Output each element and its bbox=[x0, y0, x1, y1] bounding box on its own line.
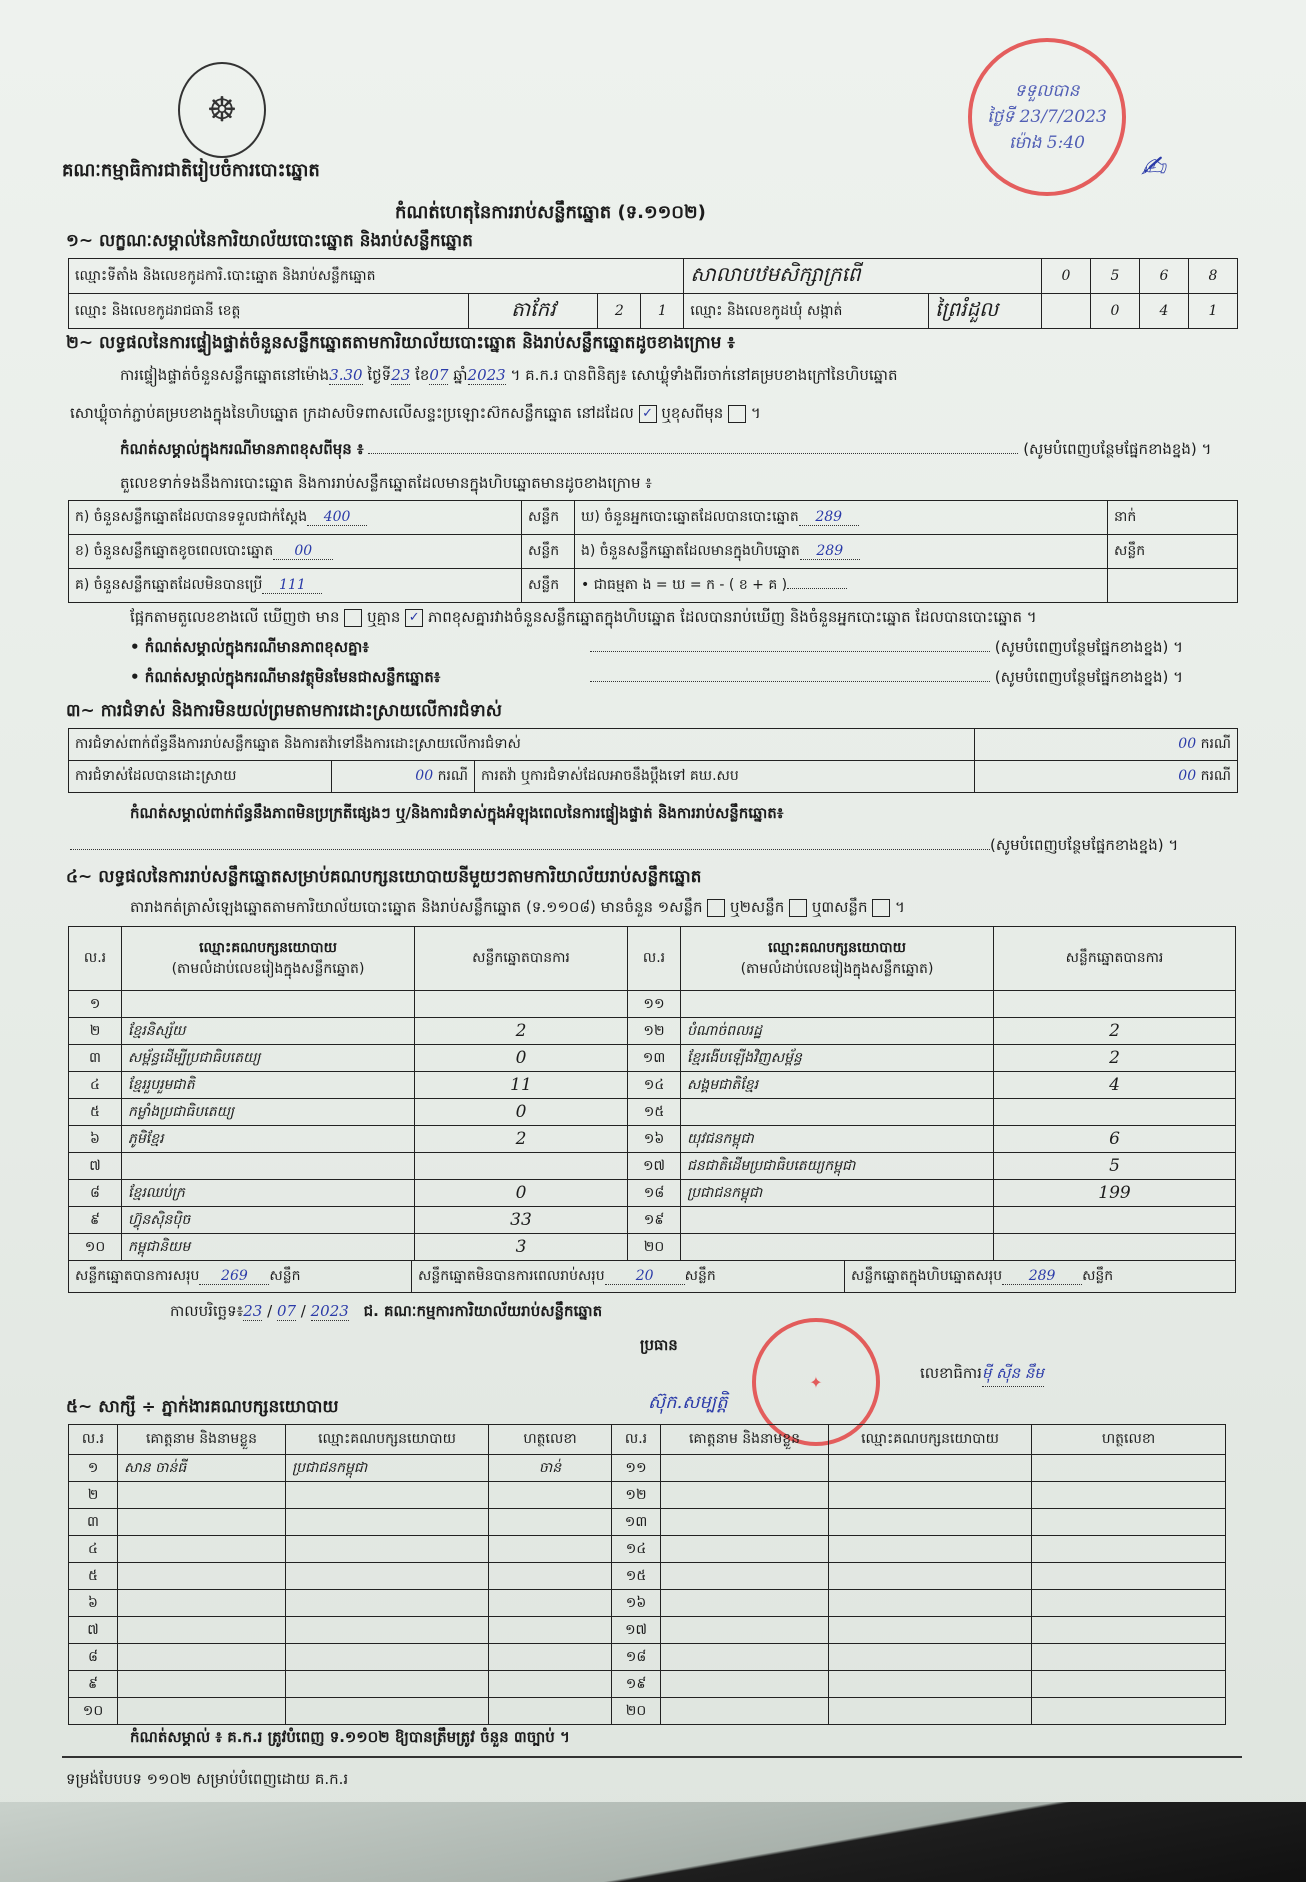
different-checkbox[interactable] bbox=[728, 405, 746, 423]
witness-name bbox=[661, 1536, 829, 1563]
row-no: ១៧ bbox=[612, 1617, 661, 1644]
difference-check-line: ផ្អែកតាមតួលេខខាងលើ ឃើញថា មាន ឬគ្មាន ✓ ភា… bbox=[130, 608, 1037, 630]
row-no: ៩ bbox=[69, 1671, 118, 1698]
witness-signature bbox=[1032, 1698, 1226, 1725]
witness-row: ៩ ១៩ bbox=[69, 1671, 1226, 1698]
witness-signature bbox=[489, 1482, 612, 1509]
witness-party bbox=[829, 1482, 1032, 1509]
text: កំណត់សម្គាល់ក្នុងករណីមានភាពខុសពីមុន ៖ bbox=[120, 440, 364, 458]
witness-party: ប្រជាជនកម្ពុជា bbox=[286, 1455, 489, 1482]
row-no: ១ bbox=[69, 1455, 118, 1482]
party-name bbox=[122, 991, 415, 1018]
figure-right: • ជាធម្មតា ង = ឃ = ក - ( ខ + គ ) bbox=[575, 569, 1108, 603]
row-no: ១៣ bbox=[612, 1509, 661, 1536]
figure-value: 111 bbox=[262, 577, 322, 594]
text: ឃ) ចំនួនអ្នកបោះឆ្នោតដែលបានបោះឆ្នោត bbox=[581, 509, 799, 525]
text: ករណី bbox=[1201, 736, 1231, 752]
witness-name bbox=[118, 1509, 286, 1536]
text: ភាពខុសគ្នារវាងចំនួនសន្លឹកឆ្នោតក្នុងហិបឆ្… bbox=[428, 608, 1037, 626]
col-name: គោត្តនាម និងនាមខ្លួន bbox=[661, 1425, 829, 1455]
figure-value: 400 bbox=[307, 509, 367, 526]
bullet-foreign-object: • កំណត់សម្គាល់ក្នុងករណីមានវត្ថុមិនមែនជាស… bbox=[130, 668, 440, 690]
party-name: ហ៊្វុនស៊ិនប៉ិច bbox=[122, 1207, 415, 1234]
witness-row: ៨ ១៨ bbox=[69, 1644, 1226, 1671]
figure-value: 00 bbox=[273, 543, 333, 560]
has-difference-checkbox[interactable] bbox=[344, 609, 362, 627]
party-votes: 2 bbox=[415, 1018, 628, 1045]
party-votes: 2 bbox=[994, 1018, 1236, 1045]
figure-right: ឃ) ចំនួនអ្នកបោះឆ្នោតដែលបានបោះឆ្នោត289 bbox=[575, 501, 1108, 535]
date-year: 2023 bbox=[311, 1302, 349, 1321]
verify-day: 23 bbox=[391, 366, 410, 385]
text: ករណី bbox=[438, 768, 468, 784]
province-code-digit: 2 bbox=[598, 294, 641, 329]
witness-row: ៦ ១៦ bbox=[69, 1590, 1226, 1617]
text: (សូមបំពេញបន្ថែមផ្នែកខាងខ្នង) ។ bbox=[995, 668, 1183, 686]
no-difference-checkbox[interactable]: ✓ bbox=[405, 609, 423, 627]
witness-signature bbox=[1032, 1455, 1226, 1482]
witness-signature bbox=[489, 1509, 612, 1536]
witness-name bbox=[661, 1671, 829, 1698]
party-row: ៧ ១៧ ជនជាតិដើមប្រជាធិបតេយ្យកម្ពុជា 5 bbox=[69, 1153, 1236, 1180]
party-votes: 6 bbox=[994, 1126, 1236, 1153]
party-votes bbox=[415, 991, 628, 1018]
party-row: ៣ សម្ព័ន្ធដើម្បីប្រជាធិបតេយ្យ 0 ១៣ ខ្មែរ… bbox=[69, 1045, 1236, 1072]
party-votes: 3 bbox=[415, 1234, 628, 1261]
unit: នាក់ bbox=[1108, 501, 1238, 535]
row-no: ១ bbox=[69, 991, 122, 1018]
president-label: ប្រធាន bbox=[640, 1336, 678, 1358]
text: ឈ្មោះគណបក្សនយោបាយ bbox=[687, 938, 987, 959]
witness-name bbox=[118, 1563, 286, 1590]
witness-party bbox=[829, 1455, 1032, 1482]
witness-signature bbox=[1032, 1563, 1226, 1590]
witness-table: ល.រ គោត្តនាម និងនាមខ្លួន ឈ្មោះគណបក្សនយោប… bbox=[68, 1424, 1226, 1725]
date-month: 07 bbox=[277, 1302, 296, 1321]
row-no: ៩ bbox=[69, 1207, 122, 1234]
irregularity-note: កំណត់សម្គាល់ពាក់ព័ន្ធនឹងភាពមិនប្រក្រតីផ្… bbox=[130, 804, 783, 826]
party-name: ភូមិខ្មែរ bbox=[122, 1126, 415, 1153]
witness-row: ១០ ២០ bbox=[69, 1698, 1226, 1725]
row-no: ៥ bbox=[69, 1099, 122, 1126]
table-intro: តួលេខទាក់ទងនឹងការបោះឆ្នោត និងការរាប់សន្ល… bbox=[120, 474, 652, 496]
party-name: ខ្មែរឈប់ក្រ bbox=[122, 1180, 415, 1207]
witness-name bbox=[661, 1617, 829, 1644]
witness-signature bbox=[1032, 1482, 1226, 1509]
text: ឈ្មោះគណបក្សនយោបាយ bbox=[128, 938, 408, 959]
text: • ជាធម្មតា ង = ឃ = ក - ( ខ + គ ) bbox=[581, 577, 787, 593]
total-valid: 269 bbox=[199, 1268, 269, 1285]
tally-sheet-line: តារាងកត់ត្រាសំឡេងឆ្នោតតាមការិយាល័យបោះឆ្ន… bbox=[130, 898, 905, 920]
text: ករណី bbox=[1201, 768, 1231, 784]
text: តារាងកត់ត្រាសំឡេងឆ្នោតតាមការិយាល័យបោះឆ្ន… bbox=[130, 898, 702, 916]
text: សោឃ្លុំចាក់ភ្ជាប់គម្របខាងក្នុងនៃហិបឆ្នោត… bbox=[70, 404, 634, 422]
party-name: សង្គមជាតិខ្មែរ bbox=[681, 1072, 994, 1099]
section1-title: ១~ លក្ខណៈសម្គាល់នៃការិយាល័យបោះឆ្នោត និងរ… bbox=[66, 230, 473, 255]
witness-name bbox=[118, 1617, 286, 1644]
witness-signature bbox=[1032, 1617, 1226, 1644]
witness-name: សាន ចាន់ធី bbox=[118, 1455, 286, 1482]
witness-party bbox=[829, 1590, 1032, 1617]
col-no: ល.រ bbox=[69, 1425, 118, 1455]
col-sign: ហត្ថលេខា bbox=[489, 1425, 612, 1455]
witness-row: ៤ ១៤ bbox=[69, 1536, 1226, 1563]
row-no: ១០ bbox=[69, 1698, 118, 1725]
row-no: ២០ bbox=[628, 1234, 681, 1261]
figure-left: ក) ចំនួនសន្លឹកឆ្នោតដែលបានទទួលជាក់ស្តែង40… bbox=[69, 501, 522, 535]
text: សន្លឹក bbox=[269, 1268, 300, 1284]
row-no: ១១ bbox=[628, 991, 681, 1018]
witness-name bbox=[661, 1644, 829, 1671]
party-votes bbox=[994, 1234, 1236, 1261]
row-no: ១៨ bbox=[612, 1644, 661, 1671]
witness-party bbox=[286, 1536, 489, 1563]
text: ជ. គណៈកម្មការការិយាល័យរាប់សន្លឹកឆ្នោត bbox=[364, 1302, 603, 1320]
col-party: ឈ្មោះគណបក្សនយោបាយ bbox=[829, 1425, 1032, 1455]
text: គ) ចំនួនសន្លឹកឆ្នោតដែលមិនបានប្រើ bbox=[75, 577, 262, 593]
section4-title: ៤~ លទ្ធផលនៃការរាប់សន្លឹកឆ្នោតសម្រាប់គណបក… bbox=[66, 866, 701, 891]
party-votes: 4 bbox=[994, 1072, 1236, 1099]
party-row: ២ ខ្មែរនិស្ស័យ 2 ១២ បំណាច់ពលរដ្ឋ 2 bbox=[69, 1018, 1236, 1045]
witness-signature bbox=[1032, 1644, 1226, 1671]
party-row: ៥ កម្លាំងប្រជាធិបតេយ្យ 0 ១៥ bbox=[69, 1099, 1236, 1126]
row-no: ៣ bbox=[69, 1509, 118, 1536]
party-name: កម្លាំងប្រជាធិបតេយ្យ bbox=[122, 1099, 415, 1126]
col-no: ល.រ bbox=[69, 927, 122, 991]
row-no: ១០ bbox=[69, 1234, 122, 1261]
row-no: ២ bbox=[69, 1482, 118, 1509]
row-no: ៦ bbox=[69, 1590, 118, 1617]
party-results-table: ល.រ ឈ្មោះគណបក្សនយោបាយ(តាមលំដាប់លេខរៀងក្ន… bbox=[68, 926, 1236, 1261]
witness-party bbox=[286, 1590, 489, 1617]
commune-label: ឈ្មោះ និងលេខកូដឃុំ សង្កាត់ bbox=[684, 294, 929, 329]
text: ក) ចំនួនសន្លឹកឆ្នោតដែលបានទទួលជាក់ស្តែង bbox=[75, 509, 307, 525]
station-code-digit: 0 bbox=[1042, 259, 1091, 294]
station-name: សាលាបឋមសិក្សាក្រពើ bbox=[684, 259, 1042, 294]
station-code-digit: 5 bbox=[1091, 259, 1140, 294]
unit: សន្លឹក bbox=[1108, 535, 1238, 569]
unit: សន្លឹក bbox=[522, 535, 575, 569]
witness-name bbox=[118, 1671, 286, 1698]
row-no: ៧ bbox=[69, 1617, 118, 1644]
witness-signature bbox=[489, 1617, 612, 1644]
row-no: ១២ bbox=[612, 1482, 661, 1509]
col-votes: សន្លឹកឆ្នោតបានការ bbox=[994, 927, 1236, 991]
total-invalid: 20 bbox=[605, 1268, 685, 1285]
province-label: ឈ្មោះ និងលេខកូដរាជធានី ខេត្ត bbox=[69, 294, 469, 329]
witness-name bbox=[661, 1509, 829, 1536]
witness-party bbox=[829, 1671, 1032, 1698]
party-votes bbox=[994, 1207, 1236, 1234]
party-votes: 199 bbox=[994, 1180, 1236, 1207]
witness-name bbox=[118, 1482, 286, 1509]
text: ង) ចំនួនសន្លឹកឆ្នោតដែលមានក្នុងហិបឆ្នោត bbox=[581, 543, 800, 559]
commune-code-digit: 1 bbox=[1189, 294, 1238, 329]
text: ថ្ងៃទី bbox=[367, 366, 391, 384]
witness-signature bbox=[1032, 1671, 1226, 1698]
text: ឬខុសពីមុន bbox=[661, 404, 723, 422]
row-no: ៧ bbox=[69, 1153, 122, 1180]
complaints-table: ការជំទាស់ពាក់ព័ន្ធនឹងការរាប់សន្លឹកឆ្នោត … bbox=[68, 728, 1238, 793]
text: (សូមបំពេញបន្ថែមផ្នែកខាងខ្នង) ។ bbox=[995, 638, 1183, 656]
difference-note-line: កំណត់សម្គាល់ក្នុងករណីមានភាពខុសពីមុន ៖ (ស… bbox=[120, 440, 1240, 462]
witness-signature bbox=[1032, 1536, 1226, 1563]
receiver-signature: ✍︎ bbox=[1140, 150, 1165, 185]
complaints-count: 00 bbox=[1178, 736, 1196, 752]
party-name bbox=[122, 1153, 415, 1180]
bullet-difference: • កំណត់សម្គាល់ក្នុងករណីមានភាពខុសគ្នា៖ bbox=[130, 638, 369, 660]
witness-party bbox=[286, 1644, 489, 1671]
party-votes: 2 bbox=[994, 1045, 1236, 1072]
date-day: 23 bbox=[243, 1302, 262, 1321]
party-row: ៨ ខ្មែរឈប់ក្រ 0 ១៨ ប្រជាជនកម្ពុជា 199 bbox=[69, 1180, 1236, 1207]
text: (តាមលំដាប់លេខរៀងក្នុងសន្លឹកឆ្នោត) bbox=[687, 959, 987, 980]
form-title: កំណត់ហេតុនៃការរាប់សន្លឹកឆ្នោត (ទ.១១០២) bbox=[395, 200, 706, 227]
text: ឆ្នាំ bbox=[453, 366, 467, 384]
ballot-figures-table: ក) ចំនួនសន្លឹកឆ្នោតដែលបានទទួលជាក់ស្តែង40… bbox=[68, 500, 1238, 603]
party-votes bbox=[994, 991, 1236, 1018]
witness-signature bbox=[489, 1563, 612, 1590]
witness-row: ៧ ១៧ bbox=[69, 1617, 1226, 1644]
col-name: គោត្តនាម និងនាមខ្លួន bbox=[118, 1425, 286, 1455]
row-no: ១៥ bbox=[612, 1563, 661, 1590]
witness-party bbox=[829, 1698, 1032, 1725]
verify-time: 3.30 bbox=[329, 366, 362, 385]
witness-row: ២ ១២ bbox=[69, 1482, 1226, 1509]
witness-party bbox=[829, 1536, 1032, 1563]
col-votes: សន្លឹកឆ្នោតបានការ bbox=[415, 927, 628, 991]
appeal-label: ការតវ៉ា ឬការជំទាស់ដែលអាចនឹងប្តឹងទៅ គឃ.សប bbox=[475, 761, 975, 793]
party-name: ជនជាតិដើមប្រជាធិបតេយ្យកម្ពុជា bbox=[681, 1153, 994, 1180]
party-name: ខ្មែរងើបឡើងវិញសម្ព័ន្ធ bbox=[681, 1045, 994, 1072]
form-footer-note: ទម្រង់បែបបទ ១១០២ សម្រាប់បំពេញដោយ គ.ក.រ bbox=[66, 1770, 348, 1792]
section3-title: ៣~ ការជំទាស់ និងការមិនយល់ព្រមតាមការដោះស្… bbox=[66, 700, 502, 725]
witness-name bbox=[118, 1590, 286, 1617]
row-no: ១៩ bbox=[612, 1671, 661, 1698]
witness-party bbox=[286, 1509, 489, 1536]
row-no: ១៨ bbox=[628, 1180, 681, 1207]
witness-party bbox=[829, 1617, 1032, 1644]
bullet-foreign-object-field[interactable] bbox=[590, 681, 990, 682]
witness-party bbox=[286, 1617, 489, 1644]
text: ឬ២សន្លឹក bbox=[730, 898, 784, 916]
witness-party bbox=[829, 1644, 1032, 1671]
ballot-count-form: ☸ គណៈកម្មាធិការជាតិរៀបចំការបោះឆ្នោត ទទួល… bbox=[0, 0, 1306, 1845]
verify-month: 07 bbox=[429, 366, 448, 385]
party-name bbox=[681, 1099, 994, 1126]
col-party: ឈ្មោះគណបក្សនយោបាយ(តាមលំដាប់លេខរៀងក្នុងសន… bbox=[681, 927, 994, 991]
party-votes: 5 bbox=[994, 1153, 1236, 1180]
party-name bbox=[681, 1207, 994, 1234]
station-label: ឈ្មោះទីតាំង និងលេខកូដការិ.បោះឆ្នោត និងរា… bbox=[69, 259, 684, 294]
difference-note-field[interactable] bbox=[368, 453, 1018, 454]
three-sheet-checkbox[interactable] bbox=[872, 899, 890, 917]
row-no: ៤ bbox=[69, 1536, 118, 1563]
witness-name bbox=[661, 1482, 829, 1509]
text: (តាមលំដាប់លេខរៀងក្នុងសន្លឹកឆ្នោត) bbox=[128, 959, 408, 980]
witness-name bbox=[661, 1590, 829, 1617]
row-no: ៣ bbox=[69, 1045, 122, 1072]
row-no: ៨ bbox=[69, 1644, 118, 1671]
text: សន្លឹកឆ្នោតមិនបានការពេលរាប់សរុប bbox=[418, 1268, 605, 1284]
party-votes bbox=[415, 1153, 628, 1180]
witness-signature bbox=[1032, 1509, 1226, 1536]
seal-paragraph: សោឃ្លុំចាក់ភ្ជាប់គម្របខាងក្នុងនៃហិបឆ្នោត… bbox=[70, 404, 761, 426]
complaints-label: ការជំទាស់ពាក់ព័ន្ធនឹងការរាប់សន្លឹកឆ្នោត … bbox=[69, 729, 975, 761]
text: ឬគ្មាន bbox=[367, 608, 400, 626]
intact-checkbox[interactable]: ✓ bbox=[639, 405, 657, 423]
party-name: បំណាច់ពលរដ្ឋ bbox=[681, 1018, 994, 1045]
resolved-count: 00 bbox=[415, 768, 433, 784]
secretary-signature: ម៉ី ស៊ីន នឹម bbox=[982, 1364, 1044, 1387]
party-name bbox=[681, 991, 994, 1018]
text: សន្លឹក bbox=[685, 1268, 716, 1284]
paper-fold-shadow bbox=[0, 1802, 1306, 1882]
text: កាលបរិច្ឆេទ៖ bbox=[170, 1302, 243, 1320]
col-no: ល.រ bbox=[628, 927, 681, 991]
province-name: តាកែវ bbox=[469, 294, 598, 329]
party-name: កម្ពុជានិយម bbox=[122, 1234, 415, 1261]
one-sheet-checkbox[interactable] bbox=[707, 899, 725, 917]
witness-signature bbox=[489, 1698, 612, 1725]
party-name: យុវជនកម្ពុជា bbox=[681, 1126, 994, 1153]
commune-code-digit: 4 bbox=[1140, 294, 1189, 329]
witness-row: ១ សាន ចាន់ធី ប្រជាជនកម្ពុជា ចាន់ ១១ bbox=[69, 1455, 1226, 1482]
witness-name bbox=[661, 1698, 829, 1725]
row-no: ១១ bbox=[612, 1455, 661, 1482]
unit: សន្លឹក bbox=[522, 501, 575, 535]
witness-party bbox=[286, 1563, 489, 1590]
row-no: ៥ bbox=[69, 1563, 118, 1590]
secretary-line: លេខាធិការម៉ី ស៊ីន នឹម bbox=[920, 1364, 1044, 1387]
col-party: ឈ្មោះគណបក្សនយោបាយ bbox=[286, 1425, 489, 1455]
row-no: ៨ bbox=[69, 1180, 122, 1207]
witness-signature bbox=[489, 1671, 612, 1698]
col-no: ល.រ bbox=[612, 1425, 661, 1455]
text: ខែ bbox=[415, 366, 429, 384]
party-votes: 2 bbox=[415, 1126, 628, 1153]
irregularity-note-field[interactable] bbox=[70, 849, 990, 850]
party-votes: 0 bbox=[415, 1099, 628, 1126]
station-code-digit: 8 bbox=[1189, 259, 1238, 294]
row-no: ១៣ bbox=[628, 1045, 681, 1072]
party-votes: 0 bbox=[415, 1045, 628, 1072]
text: ការផ្ទៀងផ្ទាត់ចំនួនសន្លឹកឆ្នោតនៅម៉ោង bbox=[120, 366, 329, 384]
row-no: ១៤ bbox=[628, 1072, 681, 1099]
row-no: ២០ bbox=[612, 1698, 661, 1725]
divider bbox=[62, 1756, 1242, 1758]
col-party: ឈ្មោះគណបក្សនយោបាយ(តាមលំដាប់លេខរៀងក្នុងសន… bbox=[122, 927, 415, 991]
row-no: ១៤ bbox=[612, 1536, 661, 1563]
totals-table: សន្លឹកឆ្នោតបានការសរុប269សន្លឹក សន្លឹកឆ្ន… bbox=[68, 1260, 1236, 1293]
witness-party bbox=[286, 1698, 489, 1725]
figure-left: គ) ចំនួនសន្លឹកឆ្នោតដែលមិនបានប្រើ111 bbox=[69, 569, 522, 603]
bullet-difference-field[interactable] bbox=[590, 651, 990, 652]
text: ឬ៣សន្លឹក bbox=[812, 898, 868, 916]
party-name bbox=[681, 1234, 994, 1261]
text: (សូមបំពេញបន្ថែមផ្នែកខាងខ្នង) ។ bbox=[990, 836, 1178, 854]
president-signature: ស៊ុក.សម្បត្តិ bbox=[648, 1390, 728, 1417]
witness-party bbox=[286, 1482, 489, 1509]
witness-party bbox=[829, 1509, 1032, 1536]
commune-name: ព្រៃរំដួល bbox=[929, 294, 1042, 329]
row-no: ១៦ bbox=[628, 1126, 681, 1153]
row-no: ២ bbox=[69, 1018, 122, 1045]
witness-signature bbox=[489, 1590, 612, 1617]
party-name: ប្រជាជនកម្ពុជា bbox=[681, 1180, 994, 1207]
figure-left: ខ) ចំនួនសន្លឹកឆ្នោតខូចពេលបោះឆ្នោត00 bbox=[69, 535, 522, 569]
text: ខ) ចំនួនសន្លឹកឆ្នោតខូចពេលបោះឆ្នោត bbox=[75, 543, 273, 559]
party-votes: 11 bbox=[415, 1072, 628, 1099]
witness-name bbox=[661, 1455, 829, 1482]
figure-value bbox=[787, 588, 847, 589]
total-in-box: 289 bbox=[1002, 1268, 1082, 1285]
section2-title: ២~ លទ្ធផលនៃការផ្ទៀងផ្ទាត់ចំនួនសន្លឹកឆ្នោ… bbox=[66, 332, 735, 357]
figure-row: ខ) ចំនួនសន្លឹកឆ្នោតខូចពេលបោះឆ្នោត00 សន្ល… bbox=[69, 535, 1238, 569]
witness-party bbox=[829, 1563, 1032, 1590]
party-name: សម្ព័ន្ធដើម្បីប្រជាធិបតេយ្យ bbox=[122, 1045, 415, 1072]
witness-party bbox=[286, 1671, 489, 1698]
witness-signature: ចាន់ bbox=[489, 1455, 612, 1482]
two-sheet-checkbox[interactable] bbox=[789, 899, 807, 917]
text: សន្លឹកឆ្នោតបានការសរុប bbox=[75, 1268, 199, 1284]
text: សន្លឹកឆ្នោតក្នុងហិបឆ្នោតសរុប bbox=[851, 1268, 1002, 1284]
figure-value: 289 bbox=[799, 509, 859, 526]
row-no: ១៩ bbox=[628, 1207, 681, 1234]
party-votes: 33 bbox=[415, 1207, 628, 1234]
party-row: ៦ ភូមិខ្មែរ 2 ១៦ យុវជនកម្ពុជា 6 bbox=[69, 1126, 1236, 1153]
text: សន្លឹក bbox=[1082, 1268, 1113, 1284]
text: ផ្អែកតាមតួលេខខាងលើ ឃើញថា មាន bbox=[130, 608, 340, 626]
party-name: ខ្មែររួបរួមជាតិ bbox=[122, 1072, 415, 1099]
resolved-label: ការជំទាស់ដែលបានដោះស្រាយ bbox=[69, 761, 332, 793]
unit bbox=[1108, 569, 1238, 603]
witness-signature bbox=[1032, 1590, 1226, 1617]
verification-paragraph: ការផ្ទៀងផ្ទាត់ចំនួនសន្លឹកឆ្នោតនៅម៉ោង3.30… bbox=[120, 366, 1240, 388]
witness-name bbox=[118, 1698, 286, 1725]
text: ។ គ.ក.រ បានពិនិត្យ៖ សោឃ្លុំទាំងពីរចាក់នៅ… bbox=[511, 366, 898, 384]
nec-emblem-icon: ☸ bbox=[178, 62, 266, 158]
commune-code-digit: 0 bbox=[1091, 294, 1140, 329]
witness-name bbox=[118, 1536, 286, 1563]
figure-row: ក) ចំនួនសន្លឹកឆ្នោតដែលបានទទួលជាក់ស្តែង40… bbox=[69, 501, 1238, 535]
party-votes: 0 bbox=[415, 1180, 628, 1207]
witness-name bbox=[661, 1563, 829, 1590]
commune-code-blank bbox=[1042, 294, 1091, 329]
station-code-digit: 6 bbox=[1140, 259, 1189, 294]
figure-right: ង) ចំនួនសន្លឹកឆ្នោតដែលមានក្នុងហិបឆ្នោត28… bbox=[575, 535, 1108, 569]
party-row: ៤ ខ្មែររួបរួមជាតិ 11 ១៤ សង្គមជាតិខ្មែរ 4 bbox=[69, 1072, 1236, 1099]
col-sign: ហត្ថលេខា bbox=[1032, 1425, 1226, 1455]
row-no: ៤ bbox=[69, 1072, 122, 1099]
unit: សន្លឹក bbox=[522, 569, 575, 603]
party-name: ខ្មែរនិស្ស័យ bbox=[122, 1018, 415, 1045]
witness-row: ៣ ១៣ bbox=[69, 1509, 1226, 1536]
copies-note: កំណត់សម្គាល់ ៖ គ.ក.រ ត្រូវបំពេញ ទ.១១០២ ឱ… bbox=[130, 1728, 570, 1750]
row-no: ១៦ bbox=[612, 1590, 661, 1617]
official-stamp-icon: ទទួលបាន ថ្ងៃទី 23/7/2023 ម៉ោង 5:40 bbox=[968, 38, 1126, 196]
row-no: ១៥ bbox=[628, 1099, 681, 1126]
witness-name bbox=[118, 1644, 286, 1671]
row-no: ៦ bbox=[69, 1126, 122, 1153]
party-row: ១ ១១ bbox=[69, 991, 1236, 1018]
section5-title: ៥~ សាក្សី ÷ ភ្នាក់ងារគណបក្សនយោបាយ bbox=[66, 1396, 339, 1421]
text: (សូមបំពេញបន្ថែមផ្នែកខាងខ្នង) ។ bbox=[1023, 440, 1211, 458]
row-no: ១២ bbox=[628, 1018, 681, 1045]
date-line: កាលបរិច្ឆេទ៖23 / 07 / 2023 ជ. គណៈកម្មការ… bbox=[170, 1302, 602, 1324]
witness-signature bbox=[489, 1644, 612, 1671]
party-row: ១០ កម្ពុជានិយម 3 ២០ bbox=[69, 1234, 1236, 1261]
